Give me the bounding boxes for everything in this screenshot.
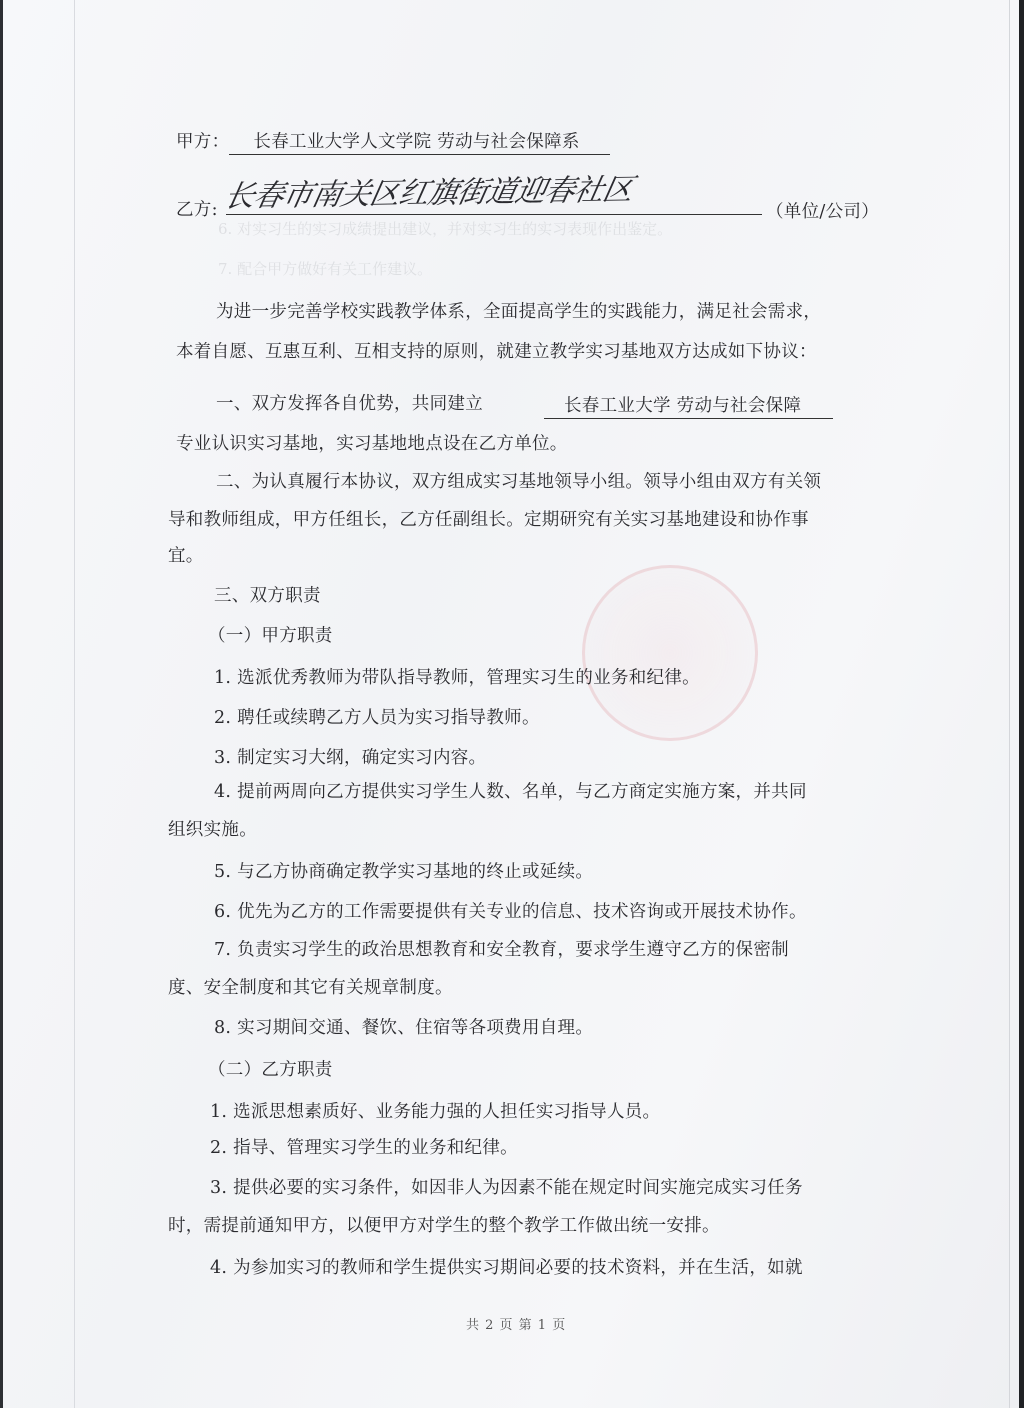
preamble-line: 本着自愿、互惠互利、互相支持的原则，就建立教学实习基地双方达成如下协议：	[176, 338, 817, 363]
party-a-duty-item: 5. 与乙方协商确定教学实习基地的终止或延续。	[214, 858, 593, 883]
clause-2-line: 宜。	[168, 542, 204, 567]
party-a-duty-item: 7. 负责实习学生的政治思想教育和安全教育，要求学生遵守乙方的保密制	[214, 936, 789, 961]
scan-edge-left	[0, 0, 3, 1408]
preamble-line: 为进一步完善学校实践教学体系，全面提高学生的实践能力，满足社会需求，	[216, 298, 821, 323]
party-b-handwritten-value: 长春市南关区红旗街道迎春社区	[221, 164, 637, 215]
party-a-duty-item: 3. 制定实习大纲，确定实习内容。	[214, 744, 486, 769]
party-b-duty-item: 3. 提供必要的实习条件，如因非人为因素不能在规定时间实施完成实习任务	[210, 1174, 803, 1199]
clause-1-fill: 长春工业大学 劳动与社会保障	[544, 392, 833, 419]
scan-edge-right	[1019, 0, 1024, 1408]
party-a-duty-item: 2. 聘任或续聘乙方人员为实习指导教师。	[214, 704, 540, 729]
party-a-duties-title: （一）甲方职责	[208, 622, 333, 647]
party-b-duty-item-cont: 时，需提前通知甲方，以便甲方对学生的整个教学工作做出统一安排。	[168, 1212, 720, 1237]
party-a-duty-item: 1. 选派优秀教师为带队指导教师，管理实习生的业务和纪律。	[214, 664, 700, 689]
clause-2-line: 导和教师组成，甲方任组长，乙方任副组长。定期研究有关实习基地建设和协作事	[168, 506, 809, 531]
party-b-duty-item: 2. 指导、管理实习学生的业务和纪律。	[210, 1134, 518, 1159]
clause-3-title: 三、双方职责	[214, 582, 321, 607]
party-b-duty-item: 1. 选派思想素质好、业务能力强的人担任实习指导人员。	[210, 1098, 660, 1123]
party-a-duty-item: 4. 提前两周向乙方提供实习学生人数、名单，与乙方商定实施方案，并共同	[214, 778, 807, 803]
bleed-through-text: 6. 对实习生的实习成绩提出建议，并对实习生的实习表现作出鉴定。	[218, 218, 672, 239]
clause-1-lead: 一、双方发挥各自优势，共同建立	[216, 390, 483, 415]
faded-red-seal	[582, 565, 758, 741]
party-b-duty-item: 4. 为参加实习的教师和学生提供实习期间必要的技术资料，并在生活，如就	[210, 1254, 803, 1279]
bleed-through-text: 7. 配合甲方做好有关工作建议。	[218, 258, 432, 279]
clause-1-fill-row: 长春工业大学 劳动与社会保障	[544, 392, 833, 419]
party-a-value: 长春工业大学人文学院 劳动与社会保障系	[229, 128, 609, 155]
party-b-underline	[226, 214, 762, 215]
party-b-duties-title: （二）乙方职责	[208, 1056, 333, 1081]
party-a-label: 甲方：	[176, 132, 229, 152]
party-b-suffix: （单位/公司）	[766, 198, 879, 223]
party-b-label: 乙方:	[176, 196, 218, 221]
clause-1-continuation: 专业认识实习基地，实习基地地点设在乙方单位。	[176, 430, 568, 455]
party-a-duty-item-cont: 度、安全制度和其它有关规章制度。	[168, 974, 453, 999]
page-fold-right	[1009, 0, 1010, 1408]
party-a-duty-item: 6. 优先为乙方的工作需要提供有关专业的信息、技术咨询或开展技术协作。	[214, 898, 807, 923]
party-a-duty-item-cont: 组织实施。	[168, 816, 257, 841]
clause-2-line: 二、为认真履行本协议，双方组成实习基地领导小组。领导小组由双方有关领	[216, 468, 821, 493]
page-fold-left	[74, 0, 75, 1408]
party-a-row: 甲方：长春工业大学人文学院 劳动与社会保障系	[176, 128, 610, 155]
party-a-duty-item: 8. 实习期间交通、餐饮、住宿等各项费用自理。	[214, 1014, 593, 1039]
page-number: 共 2 页 第 1 页	[466, 1314, 566, 1333]
